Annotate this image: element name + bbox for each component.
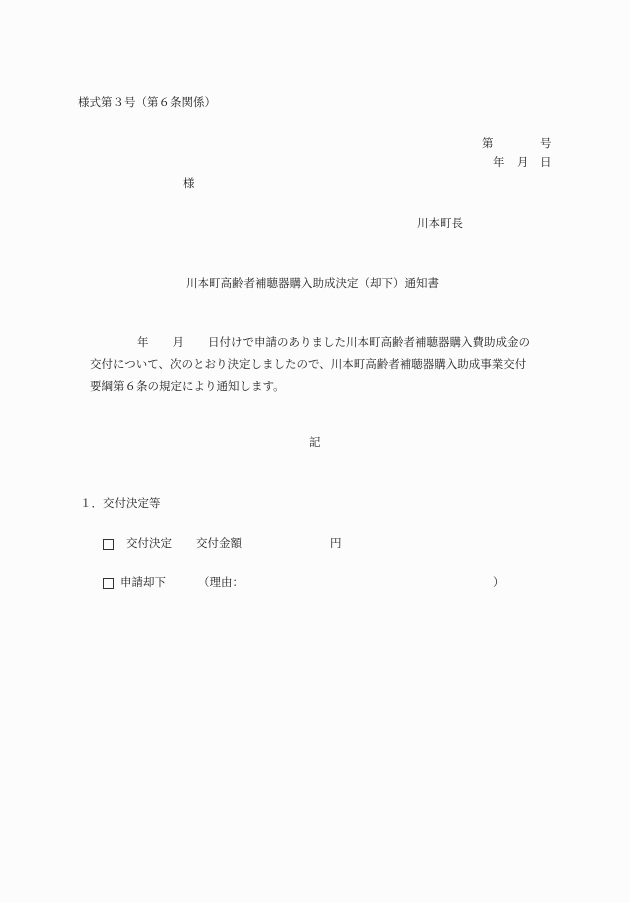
approve-label: 交付決定 <box>126 538 172 550</box>
body-line-1-text: 日付けで申請のありました川本町高齢者補聴器購入費助成金の <box>208 337 530 359</box>
doc-number-prefix: 第 <box>482 138 494 150</box>
reject-checkbox[interactable] <box>103 578 114 589</box>
body-paragraph: 年 月 日付けで申請のありました川本町高齢者補聴器購入費助成金の 交付について、… <box>90 337 550 403</box>
amount-label: 交付金額 <box>196 538 242 550</box>
reason-close-paren: ） <box>493 577 505 589</box>
body-line-3: 要綱第６条の規定により通知します。 <box>90 381 550 403</box>
addressee-honorific: 様 <box>183 178 195 190</box>
document-title: 川本町高齢者補聴器購入助成決定（却下）通知書 <box>186 278 439 290</box>
section-heading-decision: １．交付決定等 <box>80 498 161 510</box>
body-line-2: 交付について、次のとおり決定しましたので、川本町高齢者補聴器購入助成事業交付 <box>90 359 550 381</box>
form-number: 様式第３号（第６条関係） <box>78 97 216 109</box>
yen-unit: 円 <box>330 538 342 550</box>
approve-checkbox[interactable] <box>103 539 114 550</box>
body-line-1: 年 月 日付けで申請のありました川本町高齢者補聴器購入費助成金の <box>90 337 550 359</box>
reason-label: （理由： <box>198 577 244 589</box>
date-year-label: 年 <box>493 157 505 169</box>
body-month-label: 月 <box>173 337 185 359</box>
doc-number-suffix: 号 <box>540 138 552 150</box>
date-day-label: 日 <box>540 157 552 169</box>
reject-label: 申請却下 <box>120 577 166 589</box>
amount-field[interactable] <box>243 536 323 552</box>
issuer-name: 川本町長 <box>417 218 463 230</box>
body-year-label: 年 <box>137 337 149 359</box>
reason-field[interactable] <box>263 575 488 591</box>
ki-marker: 記 <box>309 437 321 449</box>
date-month-label: 月 <box>517 157 529 169</box>
